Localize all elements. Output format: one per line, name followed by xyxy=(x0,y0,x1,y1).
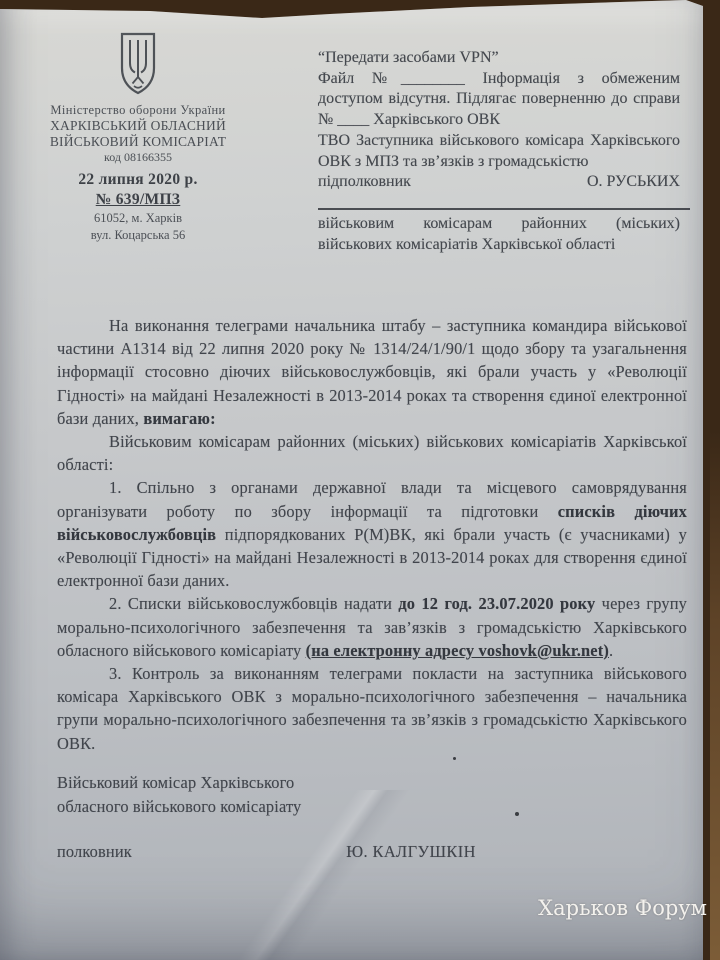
signer-title-line1: Військовий комісар Харківського xyxy=(57,771,687,795)
file-note: Файл №________ Інформація з обмеженим до… xyxy=(318,69,680,131)
body-paragraph-4: 2. Списки військовослужбовців надати до … xyxy=(57,592,687,662)
org-name-line1: ХАРКІВСЬКИЙ ОБЛАСНИЙ xyxy=(24,118,252,133)
ink-speck xyxy=(453,757,456,760)
signer-name: Ю. КАЛГУШКІН xyxy=(346,842,476,861)
signer-rank: полковник xyxy=(57,840,342,863)
letterhead-block: Міністерство оборони України ХАРКІВСЬКИЙ… xyxy=(24,32,252,242)
table-edge-highlight xyxy=(710,430,720,960)
document-photo: Міністерство оборони України ХАРКІВСЬКИЙ… xyxy=(0,0,720,960)
document-body: На виконання телеграми начальника штабу … xyxy=(57,314,687,863)
p4-pre: 2. Списки військовослужбовців надати xyxy=(109,594,398,613)
paper-sheet: Міністерство оборони України ХАРКІВСЬКИЙ… xyxy=(0,0,703,960)
document-date: 22 липня 2020 р. xyxy=(24,171,252,188)
signer-rank-row: полковник Ю. КАЛГУШКІН xyxy=(57,840,687,863)
signer-title-line2: обласного військового комісаріату xyxy=(57,795,687,819)
p4-deadline-bold: до 12 год. 23.07.2020 року xyxy=(398,594,595,613)
document-number: № 639/МПЗ xyxy=(24,191,252,208)
org-name-line2: ВІЙСЬКОВИЙ КОМІСАРІАТ xyxy=(24,134,252,149)
acting-officer-title: ТВО Заступника військового комісара Харк… xyxy=(318,131,680,172)
vpn-transmit-note: “Передати засобами VPN” xyxy=(318,48,680,69)
ukraine-trident-emblem-icon xyxy=(118,32,158,96)
org-address-line2: вул. Коцарська 56 xyxy=(24,228,252,242)
addressee-block: військовим комісарам районних (міських) … xyxy=(318,214,680,255)
addressee-divider xyxy=(318,208,690,210)
approver-rank: підполковник xyxy=(318,172,411,193)
ministry-line: Міністерство оборони України xyxy=(24,103,252,117)
org-code: код 08166355 xyxy=(24,151,252,164)
org-address-line1: 61052, м. Харків xyxy=(24,211,252,225)
body-paragraph-3: 1. Спільно з органами державної влади та… xyxy=(57,476,687,592)
p1-demand-bold: вимагаю: xyxy=(143,409,215,428)
watermark: Харьков Форум xyxy=(538,896,707,920)
body-paragraph-5: 3. Контроль за виконанням телеграми покл… xyxy=(57,662,687,755)
body-paragraph-1: На виконання телеграми начальника штабу … xyxy=(57,314,687,430)
body-paragraph-2: Військовим комісарам районних (міських) … xyxy=(57,430,687,476)
p4-post: . xyxy=(609,641,613,660)
signature-block: Військовий комісар Харківського обласног… xyxy=(57,771,687,863)
transmission-block: “Передати засобами VPN” Файл №________ І… xyxy=(318,48,680,255)
approver-name: О. РУСЬКИХ xyxy=(587,172,680,193)
ink-speck xyxy=(515,812,519,816)
approver-rank-row: підполковник О. РУСЬКИХ xyxy=(318,172,680,193)
p4-email-bold-underline: (на електронну адресу voshovk@ukr.net) xyxy=(306,641,609,660)
addressee-text: військовим комісарам районних (міських) … xyxy=(318,214,680,255)
